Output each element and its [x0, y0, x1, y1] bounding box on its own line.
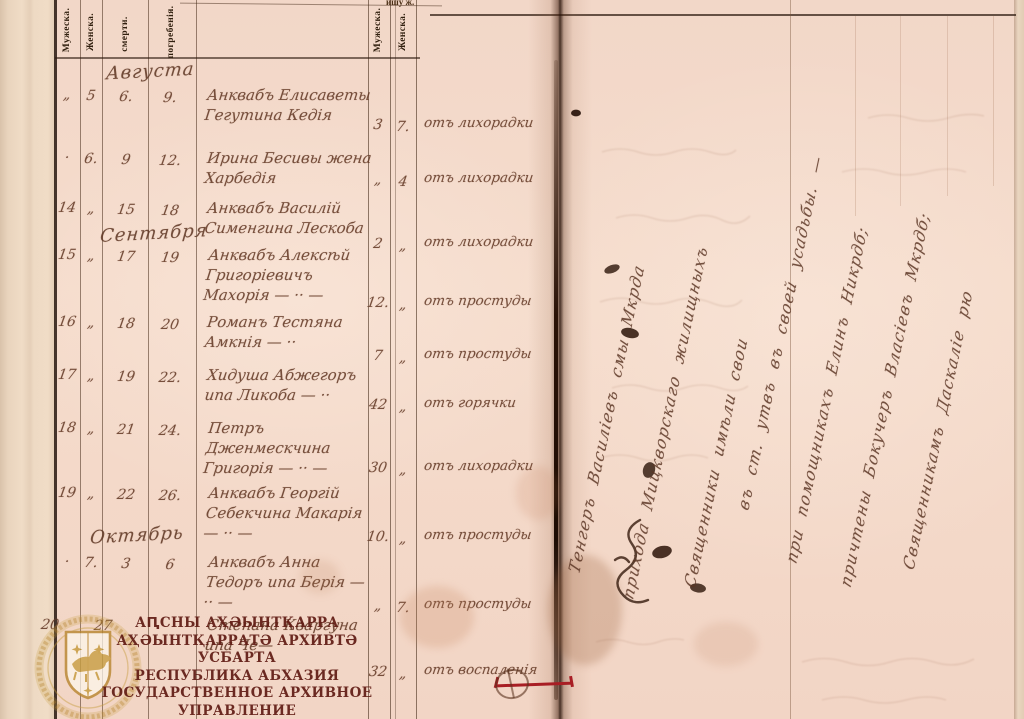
archive-title-line: АԤСНЫ АҲӘЫНТҚАРРА — [98, 615, 376, 633]
ink-blot — [603, 263, 621, 276]
archive-stamp: АԤСНЫ АҲӘЫНТҚАРРА АҲӘЫНТҚАРРАТӘ АРХИВТӘ … — [98, 615, 376, 719]
archive-title-line: ГОСУДАРСТВЕННОЕ АРХИВНОЕ — [98, 685, 376, 703]
archive-title-line: УСБАРТА — [98, 650, 376, 668]
ink-blot — [571, 110, 581, 117]
scanned-register-spread: Мужеска. Женска. смерти. погребенія. Муж… — [0, 0, 1024, 719]
archive-title-line: РЕСПУБЛИКА АБХАЗИЯ — [98, 668, 376, 686]
archive-title-line: УПРАВЛЕНИЕ — [98, 703, 376, 719]
archive-title-line: АҲӘЫНТҚАРРАТӘ АРХИВТӘ — [98, 633, 376, 651]
